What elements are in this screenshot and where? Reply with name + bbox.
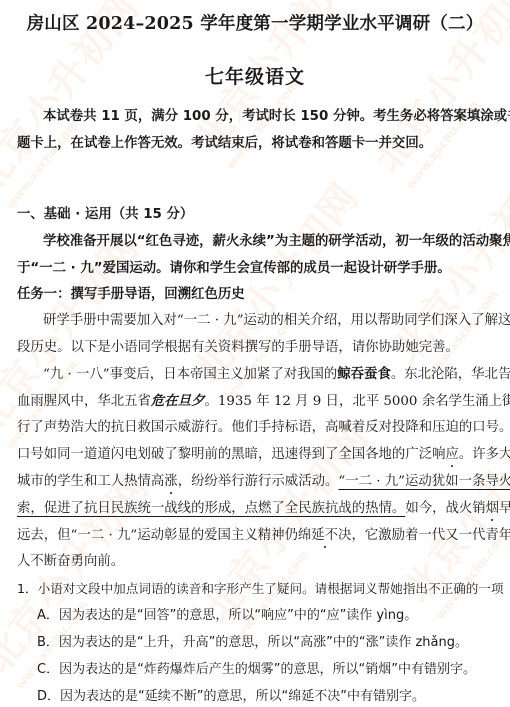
question-1-option-d[interactable]: D．因为表达的是“延续不断”的意思，所以“绵延不决”中有错别字。 (37, 688, 500, 706)
passage-emphasis: 鲸吞蚕食 (337, 367, 391, 382)
passage-text: 。东北沦陷，华北告急， (391, 367, 510, 382)
question-1-option-b[interactable]: B．因为表达的是“上升，升高”的意思，所以“高涨”中的“涨”读作 zhǎng。 (37, 634, 500, 652)
underlined-sentence: “一二 · 九”运动犹如一条导火 (338, 474, 510, 489)
question-1-option-a[interactable]: A．因为表达的是“回答”的意思，所以“响应”中的“应”读作 yìng。 (37, 607, 500, 625)
task1-line-1: 研学手册中需要加入对“一二 · 九”运动的相关介绍，用以帮助同学们深入了解这 (17, 312, 500, 330)
instructions-line-2: 题卡上，在试卷上作答无效。考试结束后，将试卷和答题卡一并交回。 (17, 135, 500, 153)
exam-title: 房山区 2024–2025 学年度第一学期学业水平调研（二） (0, 10, 510, 35)
passage-line-6: 索，促进了抗日民族统一战线的形成，点燃了全民族抗战的热情。如今，战火销烟早已 (17, 500, 500, 518)
passage-text: 早已 (499, 501, 510, 516)
exam-subject: 七年级语文 (0, 62, 510, 89)
watermark: 北京小升初网www.xschu.com (0, 459, 172, 692)
task1-line-2: 段历史。以下是小语同学根据有关资料撰写的手册导语，请你协助她完善。 (17, 339, 500, 357)
task1-heading: 任务一：撰写手册导语，回溯红色历史 (17, 286, 500, 304)
underlined-sentence: 索，促进了抗日民族统一战线的形成，点燃了全民族抗战的热情。 (17, 501, 405, 516)
dotted-word: 烟 (486, 501, 499, 516)
question-1-stem: 1．小语对文段中加点词语的读音和字形产生了疑问。请根据词义帮她指出不正确的一项（… (17, 580, 500, 598)
passage-text: ，它激励着一代又一代青年 (351, 528, 510, 543)
passage-text: 。1935 年 12 月 9 日，北平 5000 余名学生涌上街头，举 (204, 394, 510, 409)
passage-text: 。许多大中 (459, 447, 510, 462)
passage-text: 城市的学生和工人热情高 (17, 474, 164, 489)
section-intro-line-2: 于“一二 · 九”爱国运动。请你和学生会宣传部的成员一起设计研学手册。 (17, 260, 500, 278)
dotted-word: 绵延不决 (298, 528, 352, 543)
dotted-word: 应 (446, 447, 459, 462)
passage-line-4: 口号如同一道道闪电划破了黎明前的黑暗，迅速得到了全国各地的广泛响应。许多大中 (17, 446, 500, 464)
passage-line-1: “九 · 一八”事变后，日本帝国主义加紧了对我国的鲸吞蚕食。东北沦陷，华北告急， (17, 366, 500, 384)
watermark: 北京小升初网www.xschu.com (0, 219, 162, 452)
passage-text: 远去，但“一二 · 九”运动彰显的爱国主义精神仍 (17, 528, 298, 543)
section-heading: 一、基础 · 运用（共 15 分） (17, 206, 500, 224)
section-intro-line-1: 学校准备开展以“红色寻迹，薪火永续”为主题的研学活动，初一年级的活动聚焦 (17, 233, 500, 251)
passage-line-8: 人不断奋勇向前。 (17, 553, 500, 571)
passage-text: 血雨腥风中，华北五省 (17, 394, 151, 409)
passage-text: 如今，战火销 (405, 501, 485, 516)
passage-text: “九 · 一八”事变后，日本帝国主义加紧了对我国的 (43, 367, 337, 382)
passage-emphasis: 危在旦夕 (151, 393, 205, 409)
passage-line-2: 血雨腥风中，华北五省危在旦夕。1935 年 12 月 9 日，北平 5000 余… (17, 392, 500, 411)
passage-text: ，纷纷举行游行示威活动。 (178, 474, 339, 489)
question-1-option-c[interactable]: C．因为表达的是“炸药爆炸后产生的烟雾”的意思，所以“销烟”中有错别字。 (37, 661, 500, 679)
instructions-line-1: 本试卷共 11 页，满分 100 分，考试时长 150 分钟。考生务必将答案填涂… (17, 108, 500, 126)
passage-line-3: 行了声势浩大的抗日救国示威游行。他们手持标语，高喊着反对投降和压迫的口号。这 (17, 419, 500, 437)
passage-line-5: 城市的学生和工人热情高涨，纷纷举行游行示威活动。“一二 · 九”运动犹如一条导火 (17, 473, 500, 491)
passage-text: 口号如同一道道闪电划破了黎明前的黑暗，迅速得到了全国各地的广泛响 (17, 447, 446, 462)
passage-line-7: 远去，但“一二 · 九”运动彰显的爱国主义精神仍绵延不决，它激励着一代又一代青年 (17, 527, 500, 545)
dotted-word: 涨 (164, 474, 177, 489)
